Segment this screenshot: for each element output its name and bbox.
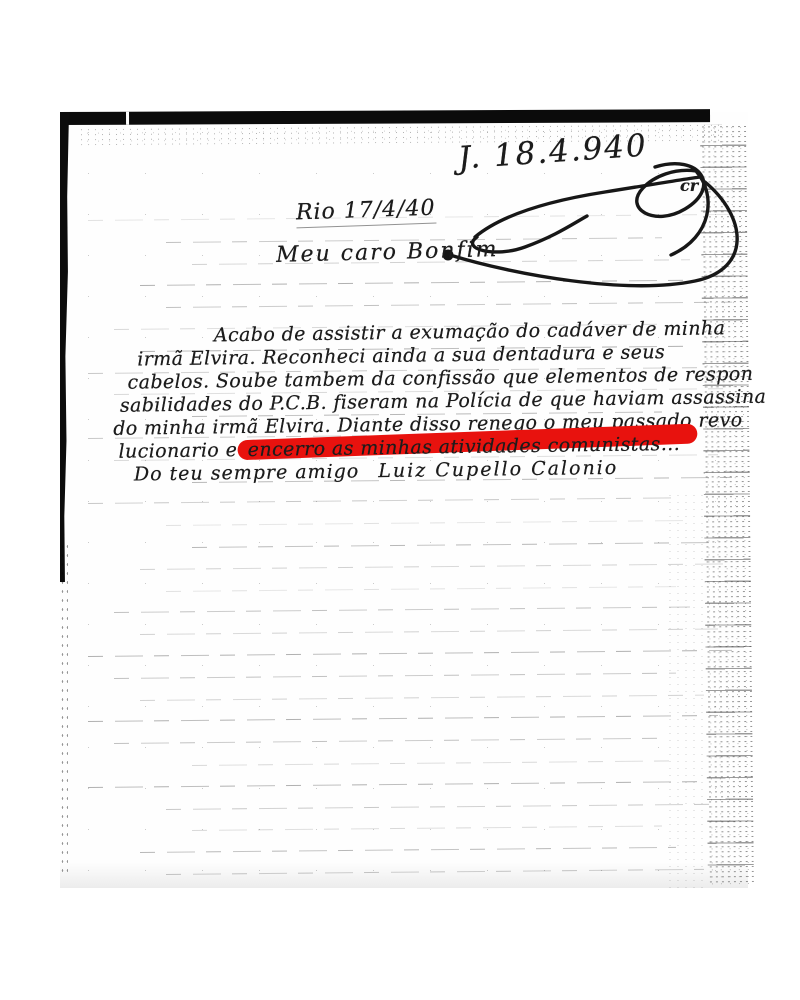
closing-text: Do teu sempre amigo (134, 460, 360, 485)
scan-edge-bottom-shade (60, 862, 748, 888)
signature-name: Luiz Cupello Calonio (378, 457, 618, 482)
letter-body: Acabo de assistir a exumação do cadáver … (56, 103, 755, 889)
body-line-text: lucionario e (118, 439, 237, 463)
scanned-letter-page: J. 18.4.940 cr Rio 17/4/40 Meu caro Bonf… (60, 112, 748, 888)
